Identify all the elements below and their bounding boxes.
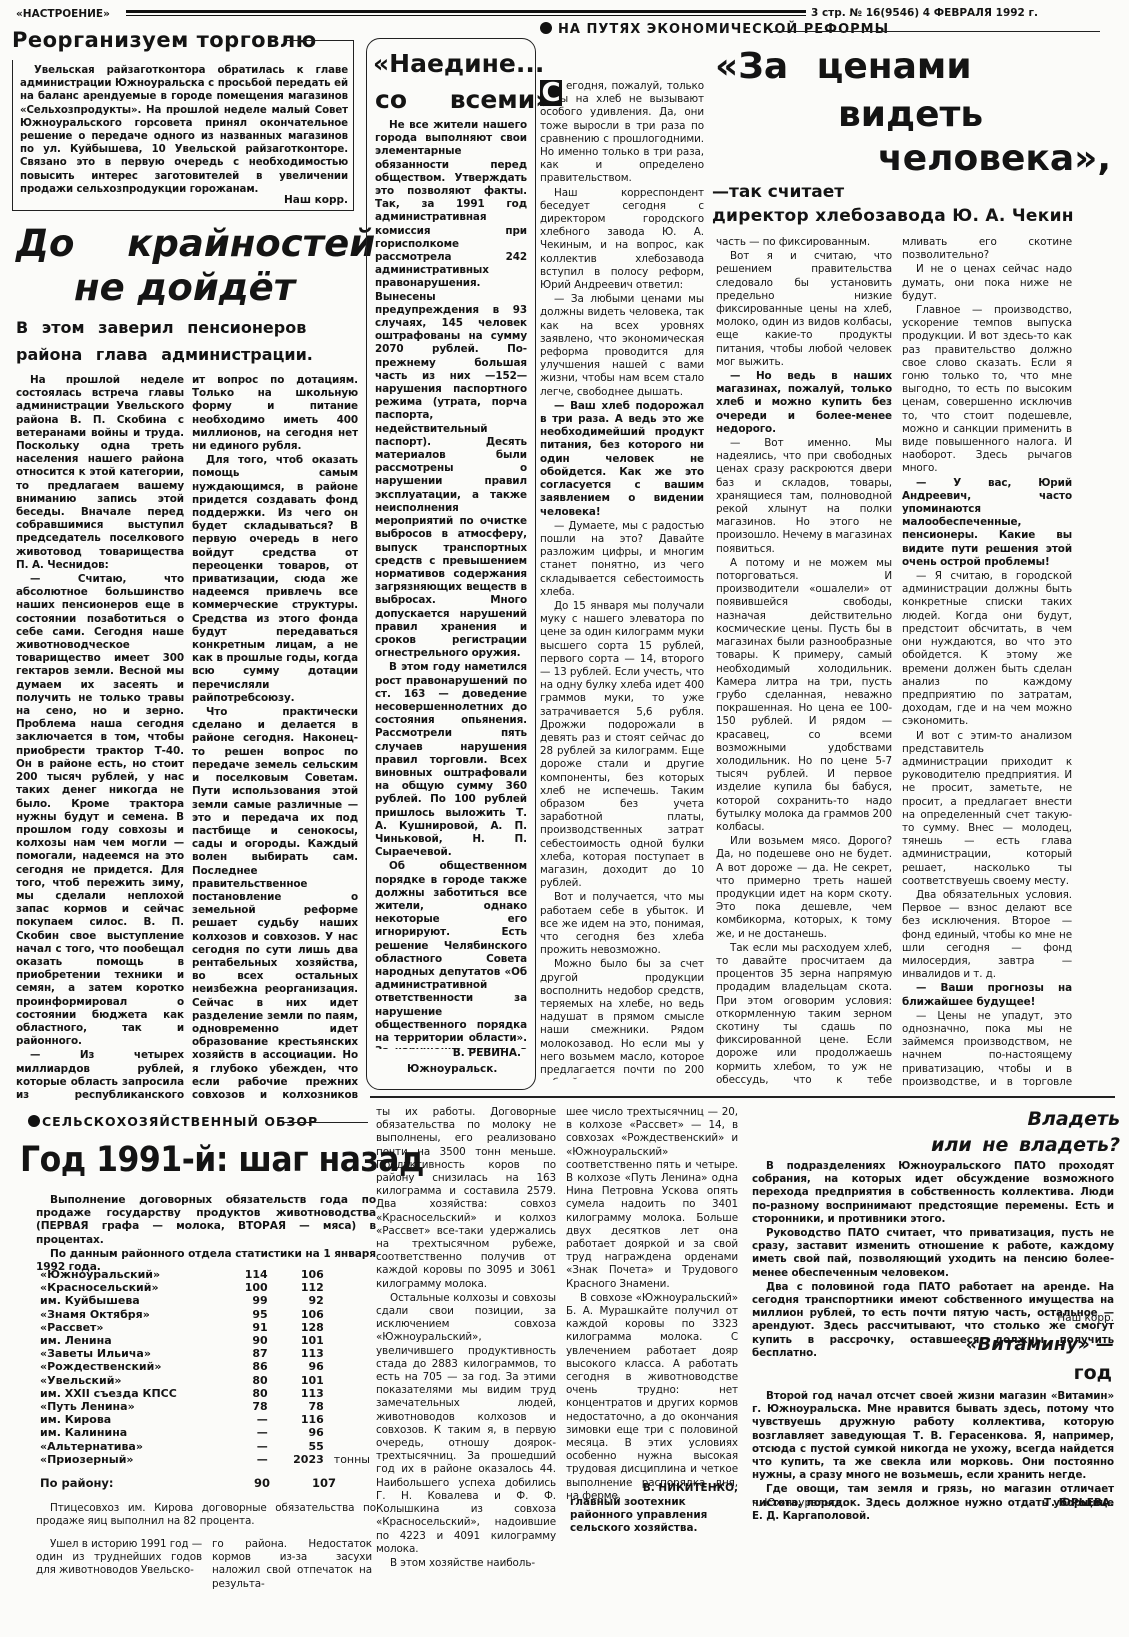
signature: Т. ЮРЬЕВА.: [1044, 1497, 1114, 1509]
column-3-text: мливать его скотине позволительно?И не о…: [902, 236, 1072, 1086]
milk-percent: 100: [225, 1281, 268, 1294]
table-row: «Южноуральский»114106: [40, 1268, 370, 1281]
meat-percent: 101: [268, 1334, 324, 1347]
paragraph: Вот я и считаю, что решением правительст…: [716, 250, 892, 369]
paragraph: ит вопрос по дотациям. Только на школьну…: [192, 374, 358, 453]
column-2: ты их работы. Договорные обязательства п…: [376, 1106, 556, 1571]
unit: [324, 1387, 370, 1400]
article-vitamin: «Витамину» — год Второй год начал отсчет…: [750, 1334, 1120, 1634]
box-right-rule: [353, 40, 354, 210]
article-title: Год 1991-й: шаг назад: [20, 1140, 424, 1180]
title-line-2: со всеми»: [375, 85, 527, 114]
bullet-icon: [540, 22, 552, 34]
meat-percent: 106: [268, 1308, 324, 1321]
paragraph: Остальные колхозы и совхозы сдали свои п…: [376, 1292, 556, 1556]
paragraph: — Я считаю, в городской администрации до…: [902, 570, 1072, 728]
meat-percent: 2023: [268, 1453, 324, 1466]
total-label: По району:: [40, 1476, 114, 1490]
unit: тонны: [324, 1453, 370, 1466]
table-row: «Рождественский»8696: [40, 1360, 370, 1373]
paragraph: Ушел в историю 1991 год — один из трудне…: [36, 1538, 202, 1578]
farm-name: «Альтернатива»: [40, 1440, 225, 1453]
meat-percent: 96: [268, 1426, 324, 1439]
unit: [324, 1268, 370, 1281]
rubric: НА ПУТЯХ ЭКОНОМИЧЕСКОЙ РЕФОРМЫ: [540, 22, 889, 37]
title-line-2: не дойдёт: [74, 266, 295, 309]
paragraph: Два обязательных условия. Первое — взнос…: [902, 889, 1072, 981]
column-1: Ушел в историю 1991 год — один из трудне…: [36, 1538, 202, 1579]
title-line-1: Владеть: [1028, 1108, 1120, 1130]
milk-percent: 91: [225, 1321, 268, 1334]
paragraph: мливать его скотине позволительно?: [902, 236, 1072, 262]
signature: Наш корр.: [1057, 1312, 1114, 1324]
article-farm: СЕЛЬСКОХОЗЯЙСТВЕННЫЙ ОБЗОР Год 1991-й: ш…: [14, 1108, 744, 1628]
article-body: Не все жители нашего города выполняют св…: [375, 119, 527, 1049]
question-paragraph: — Но ведь в наших магазинах, пожалуй, то…: [716, 370, 892, 436]
column-1-text: егодня, пожалуй, только цены на хлеб не …: [540, 80, 704, 1080]
section-divider: [370, 1096, 1115, 1098]
article-alone: «Наедине... со всеми» Не все жители наше…: [366, 38, 536, 1090]
table-row: им. Калинина—96: [40, 1426, 370, 1439]
milk-percent: 99: [225, 1294, 268, 1307]
paragraph: Второй год начал отсчет своей жизни мага…: [752, 1390, 1114, 1482]
place: г. Южноуральск.: [752, 1497, 846, 1509]
title-line-1: До крайностей: [16, 222, 375, 265]
table-row: «Увельский»80101: [40, 1374, 370, 1387]
article-own: Владеть или не владеть? В подразделениях…: [750, 1104, 1120, 1334]
box-bottom-rule: [12, 210, 354, 211]
meat-percent: 112: [268, 1281, 324, 1294]
paragraph: Главное — производство, ускорение темпов…: [902, 304, 1072, 476]
column-2-text: часть — по фиксированным.Вот я и считаю,…: [716, 236, 892, 1086]
paragraph: часть — по фиксированным.: [716, 236, 892, 249]
eggs-note: Птицесовхоз им. Кирова договорные обязат…: [36, 1502, 376, 1529]
unit: [324, 1440, 370, 1453]
section-label: «НАСТРОЕНИЕ»: [16, 8, 110, 20]
paragraph: В этом году наметился рост правонарушени…: [375, 661, 527, 859]
unit: [324, 1400, 370, 1413]
farm-name: «Рассвет»: [40, 1321, 225, 1334]
table-row: «Альтернатива»—55: [40, 1440, 370, 1453]
paragraph: Не все жители нашего города выполняют св…: [375, 119, 527, 660]
paragraph: Наш корреспондент беседует сегодня с дир…: [540, 187, 704, 293]
paragraph: — За любыми ценами мы должны видеть чело…: [540, 293, 704, 399]
table-row: «Заветы Ильича»87113: [40, 1347, 370, 1360]
unit: [324, 1374, 370, 1387]
article-body: Увельская райзаготконтора обратилась к г…: [20, 64, 348, 197]
table-row: «Знамя Октября»95106: [40, 1308, 370, 1321]
unit: [324, 1360, 370, 1373]
meat-percent: 128: [268, 1321, 324, 1334]
farm-name: «Южноуральский»: [40, 1268, 225, 1281]
paragraph: — Вот именно. Мы надеялись, что при своб…: [716, 437, 892, 556]
stats-table: «Южноуральский»114106«Красносельский»100…: [40, 1268, 370, 1466]
rubric-label: НА ПУТЯХ ЭКОНОМИЧЕСКОЙ РЕФОРМЫ: [558, 22, 889, 37]
subtitle-line-2: директор хлебозавода Ю. А. Чекин: [712, 206, 1074, 226]
paragraph: Для того, чтоб оказать помощь самым нужд…: [192, 454, 358, 705]
unit: [324, 1334, 370, 1347]
intro: Выполнение договорных обязательств года …: [36, 1194, 376, 1275]
paragraph: Что практически сделано и делается в рай…: [192, 706, 358, 1102]
meat-percent: 101: [268, 1374, 324, 1387]
rubric-label: СЕЛЬСКОХОЗЯЙСТВЕННЫЙ ОБЗОР: [42, 1114, 318, 1129]
intro-paragraph-1: Выполнение договорных обязательств года …: [36, 1194, 376, 1247]
table-row: им. Кирова—116: [40, 1413, 370, 1426]
question-paragraph: — Ваши прогнозы на ближайшее будущее!: [902, 982, 1072, 1008]
unit: [324, 1308, 370, 1321]
column-1: На прошлой неделе состоялась встреча гла…: [16, 374, 184, 1102]
place: Южноуральск.: [407, 1063, 497, 1075]
unit: [324, 1426, 370, 1439]
milk-percent: 78: [225, 1400, 268, 1413]
paragraph: На прошлой неделе состоялась встреча гла…: [16, 374, 184, 572]
article-title: Реорганизуем торговлю: [12, 28, 317, 52]
farm-name: им. Кирова: [40, 1413, 225, 1426]
title-rule: [287, 40, 354, 41]
article-pensioners: До крайностей не дойдёт В этом заверил п…: [12, 222, 362, 1102]
paragraph: го района. Недостаток кормов из-за засух…: [212, 1538, 372, 1591]
title-line-2: видеть: [838, 94, 983, 135]
farm-name: им. XXII съезда КПСС: [40, 1387, 225, 1400]
milk-percent: 87: [225, 1347, 268, 1360]
paragraph: — Думаете, мы с радостью пошли на это? Д…: [540, 520, 704, 599]
column-3: шее число трехтысячниц — 20, в колхозе «…: [566, 1106, 738, 1504]
question-paragraph: — Ваш хлеб подорожал в три раза. А ведь …: [540, 400, 704, 519]
milk-percent: 90: [225, 1334, 268, 1347]
title-line-2: или не владеть?: [931, 1134, 1120, 1156]
article-prices: НА ПУТЯХ ЭКОНОМИЧЕСКОЙ РЕФОРМЫ «За ценам…: [540, 22, 1120, 1092]
article-body: В подразделениях Южноуральского ПАТО про…: [752, 1160, 1114, 1361]
title-line-3: человека»,: [878, 138, 1111, 179]
milk-percent: —: [225, 1453, 268, 1466]
title-line-1: «Наедине...: [373, 49, 544, 78]
unit: [324, 1413, 370, 1426]
farm-name: «Увельский»: [40, 1374, 225, 1387]
paragraph: И не о ценах сейчас надо думать, они пок…: [902, 263, 1072, 303]
paragraph: Так если мы расходуем хлеб, то давайте п…: [716, 942, 892, 1086]
paragraph: Руководство ПАТО считает, что приватизац…: [752, 1227, 1114, 1280]
unit: [324, 1281, 370, 1294]
table-row: им. Куйбышева9992: [40, 1294, 370, 1307]
unit: [324, 1321, 370, 1334]
subtitle-line-1: —так считает: [712, 182, 844, 202]
meat-percent: 78: [268, 1400, 324, 1413]
bullet-icon: [28, 1115, 40, 1127]
title-line-1: «За ценами: [715, 46, 972, 87]
rubric-rule: [284, 1122, 368, 1123]
paragraph: — Цены не упадут, это однозначно, пока м…: [902, 1010, 1072, 1086]
paragraph: егодня, пожалуй, только цены на хлеб не …: [540, 80, 704, 186]
paragraph: В этом хозяйстве наиболь-: [376, 1557, 556, 1570]
farm-name: им. Ленина: [40, 1334, 225, 1347]
milk-percent: 80: [225, 1387, 268, 1400]
milk-percent: —: [225, 1426, 268, 1439]
rubric-rule: [770, 31, 1100, 32]
total-milk: 90: [254, 1476, 270, 1490]
farm-name: «Приозерный»: [40, 1453, 225, 1466]
farm-name: им. Калинина: [40, 1426, 225, 1439]
subtitle: В этом заверил пенсионеров района глава …: [16, 314, 326, 368]
milk-percent: 95: [225, 1308, 268, 1321]
paragraph: Можно было бы за счет другой продукции в…: [540, 958, 704, 1080]
table-row: «Красносельский»100112: [40, 1281, 370, 1294]
unit: [324, 1347, 370, 1360]
box-left-rule: [12, 60, 13, 210]
column-3: мливать его скотине позволительно?И не о…: [902, 236, 1072, 1086]
paragraph: ты их работы. Договорные обязательства п…: [376, 1106, 556, 1291]
column-2: ит вопрос по дотациям. Только на школьну…: [192, 374, 358, 1102]
table-row: «Рассвет»91128: [40, 1321, 370, 1334]
article-trade: Реорганизуем торговлю Увельская райзагот…: [12, 28, 354, 218]
column-1: С егодня, пожалуй, только цены на хлеб н…: [540, 80, 704, 1080]
paragraph: Вот и получается, что мы работаем себе в…: [540, 891, 704, 957]
paragraph: Увельская райзаготконтора обратилась к г…: [20, 64, 348, 196]
table-row: им. Ленина90101: [40, 1334, 370, 1347]
column-1b: го района. Недостаток кормов из-за засух…: [212, 1538, 372, 1592]
signature: В. НИКИТЕНКО,: [566, 1482, 738, 1494]
milk-percent: —: [225, 1440, 268, 1453]
dropcap: С: [540, 80, 562, 106]
table-row: им. XXII съезда КПСС80113: [40, 1387, 370, 1400]
table-row: «Путь Ленина»7878: [40, 1400, 370, 1413]
title-line-1: «Витамину» —: [966, 1334, 1114, 1355]
paragraph: — Считаю, что абсолютное большинство наш…: [16, 573, 184, 1048]
milk-percent: —: [225, 1413, 268, 1426]
meat-percent: 55: [268, 1440, 324, 1453]
meat-percent: 116: [268, 1413, 324, 1426]
farm-name: «Рождественский»: [40, 1360, 225, 1373]
paragraph: шее число трехтысячниц — 20, в колхозе «…: [566, 1106, 738, 1291]
paragraph: До 15 января мы получали муку с нашего э…: [540, 600, 704, 890]
farm-name: «Путь Ленина»: [40, 1400, 225, 1413]
signature: В. РЕВИНА.: [453, 1047, 521, 1059]
total-meat: 107: [312, 1476, 336, 1490]
paragraph: И вот с этим-то анализом представитель а…: [902, 730, 1072, 888]
page-info: 3 стр. № 16(9546) 4 ФЕВРАЛЯ 1992 г.: [811, 7, 1038, 19]
meat-percent: 92: [268, 1294, 324, 1307]
milk-percent: 80: [225, 1374, 268, 1387]
title-line-2: год: [1074, 1362, 1112, 1384]
farm-name: «Знамя Октября»: [40, 1308, 225, 1321]
unit: [324, 1294, 370, 1307]
paragraph: Или возьмем мясо. Дорого? Да, но подешев…: [716, 835, 892, 941]
meat-percent: 113: [268, 1347, 324, 1360]
milk-percent: 86: [225, 1360, 268, 1373]
question-paragraph: — У вас, Юрий Андреевич, часто упоминают…: [902, 477, 1072, 569]
milk-percent: 114: [225, 1268, 268, 1281]
paragraph: А потому и не можем мы поторговаться. И …: [716, 557, 892, 834]
farm-name: «Заветы Ильича»: [40, 1347, 225, 1360]
meat-percent: 96: [268, 1360, 324, 1373]
signature: Наш корр.: [284, 194, 348, 206]
paragraph: Об общественном порядке в городе также д…: [375, 860, 527, 1049]
paragraph: В совхозе «Южноуральский» Б. А. Мурашкай…: [566, 1292, 738, 1503]
farm-name: им. Куйбышева: [40, 1294, 225, 1307]
meat-percent: 113: [268, 1387, 324, 1400]
paragraph: — Из четырех миллиардов рублей, которые …: [16, 1049, 184, 1102]
table-row: «Приозерный»—2023тонны: [40, 1453, 370, 1466]
column-2: часть — по фиксированным.Вот я и считаю,…: [716, 236, 892, 1086]
rubric: СЕЛЬСКОХОЗЯЙСТВЕННЫЙ ОБЗОР: [28, 1114, 318, 1129]
paragraph: В подразделениях Южноуральского ПАТО про…: [752, 1160, 1114, 1226]
farm-name: «Красносельский»: [40, 1281, 225, 1294]
paragraph: Птицесовхоз им. Кирова договорные обязат…: [36, 1502, 376, 1528]
masthead-rule: [126, 10, 806, 16]
signature-role: главный зоотехник районного управления с…: [570, 1496, 738, 1535]
meat-percent: 106: [268, 1268, 324, 1281]
